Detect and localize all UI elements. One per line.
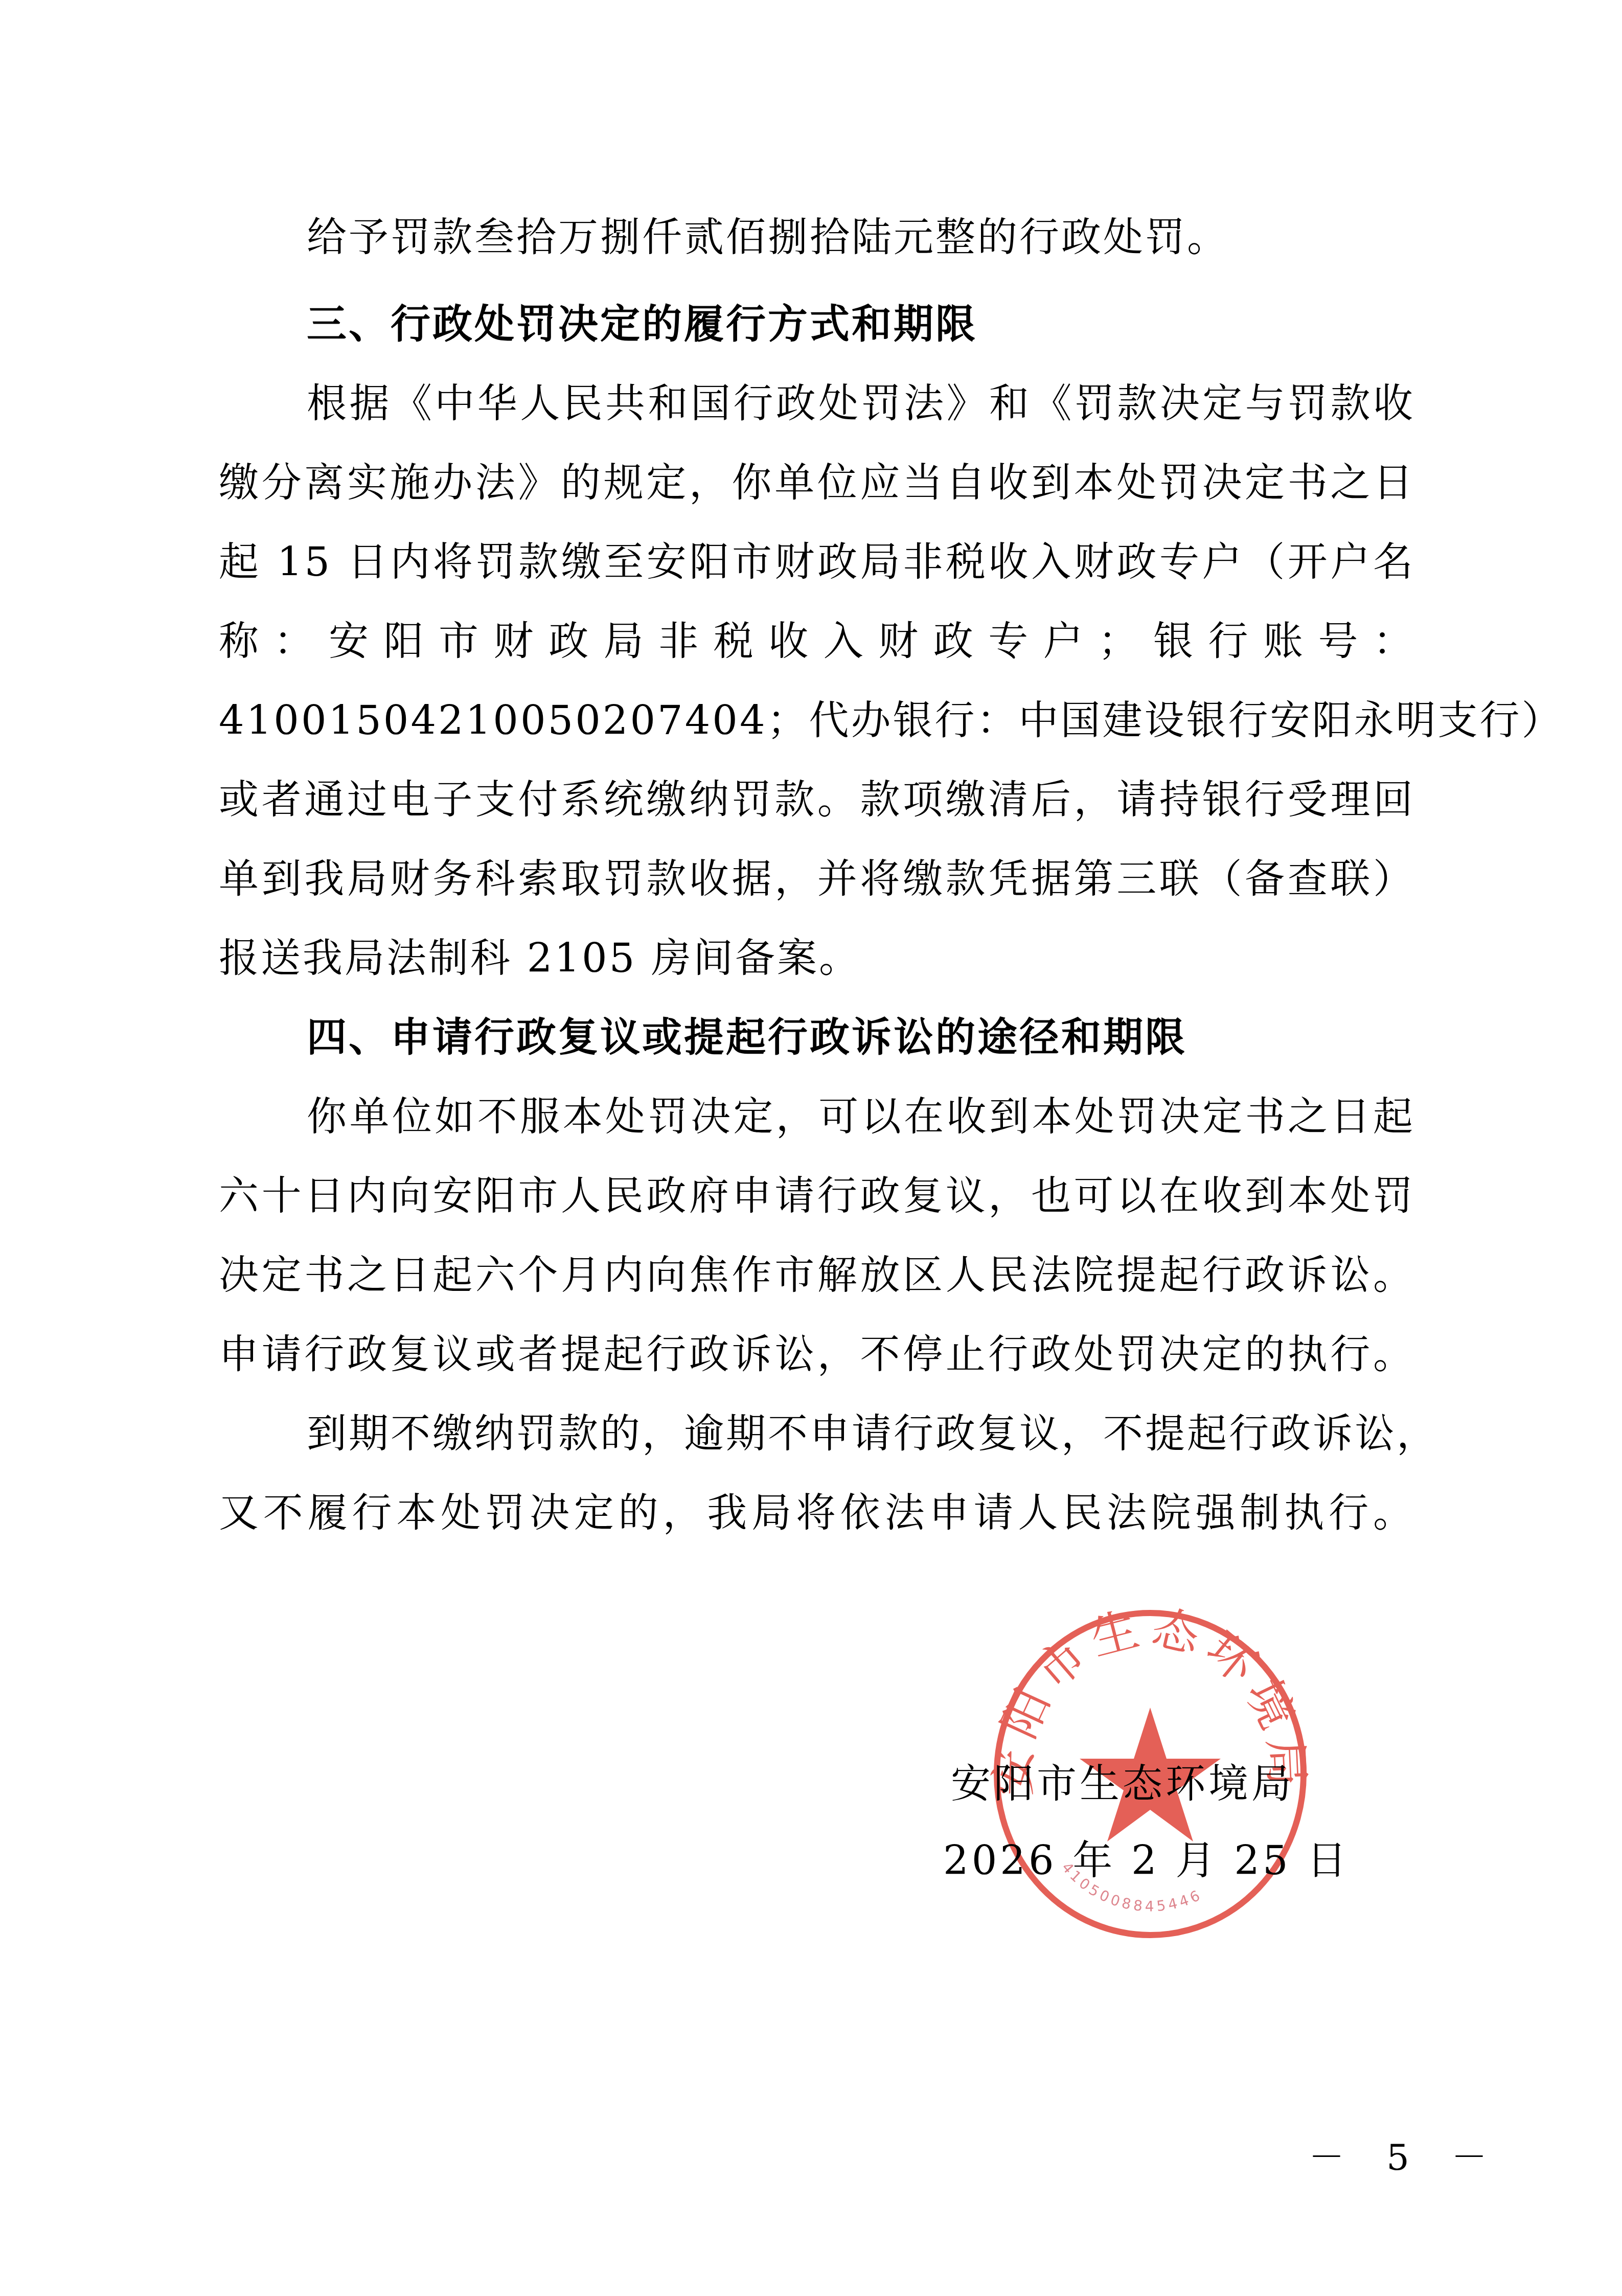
signature-date: 2026 年 2 月 25 日 [943, 1835, 1350, 1886]
document-page: 给予罚款叁拾万捌仟贰佰捌拾陆元整的行政处罚。 三、行政处罚决定的履行方式和期限 … [0, 0, 1622, 2296]
paragraph-line: 六十日内向安阳市人民政府申请行政复议，也可以在收到本处罚 [219, 1171, 1415, 1222]
paragraph-line: 称：安阳市财政局非税收入财政专户；银行账号： [219, 616, 1415, 667]
section-heading-3: 三、行政处罚决定的履行方式和期限 [307, 299, 1415, 350]
paragraph-line: 起 15 日内将罚款缴至安阳市财政局非税收入财政专户（开户名 [219, 537, 1415, 588]
paragraph-line: 你单位如不服本处罚决定，可以在收到本处罚决定书之日起 [307, 1092, 1415, 1143]
paragraph-line: 给予罚款叁拾万捌仟贰佰捌拾陆元整的行政处罚。 [307, 212, 1415, 263]
signature-organization: 安阳市生态环境局 [951, 1759, 1294, 1810]
section-heading-4: 四、申请行政复议或提起行政诉讼的途径和期限 [307, 1012, 1415, 1063]
paragraph-line: 单到我局财务科索取罚款收据，并将缴款凭据第三联（备查联） [219, 854, 1415, 905]
paragraph-line: 到期不缴纳罚款的，逾期不申请行政复议，不提起行政诉讼， [307, 1408, 1415, 1460]
paragraph-line: 或者通过电子支付系统缴纳罚款。款项缴清后，请持银行受理回 [219, 775, 1415, 826]
paragraph-line: 决定书之日起六个月内向焦作市解放区人民法院提起行政诉讼。 [219, 1250, 1415, 1301]
page-number: － 5 － [1309, 2132, 1502, 2183]
paragraph-line: 报送我局法制科 2105 房间备案。 [219, 933, 1415, 984]
paragraph-line: 根据《中华人民共和国行政处罚法》和《罚款决定与罚款收 [307, 378, 1415, 429]
paragraph-line: 缴分离实施办法》的规定，你单位应当自收到本处罚决定书之日 [219, 458, 1415, 509]
bank-account-line: 41001504210050207404；代办银行：中国建设银行安阳永明支行） [219, 695, 1415, 746]
paragraph-line: 又不履行本处罚决定的，我局将依法申请人民法院强制执行。 [219, 1488, 1415, 1539]
paragraph-line: 申请行政复议或者提起行政诉讼，不停止行政处罚决定的执行。 [219, 1329, 1415, 1380]
